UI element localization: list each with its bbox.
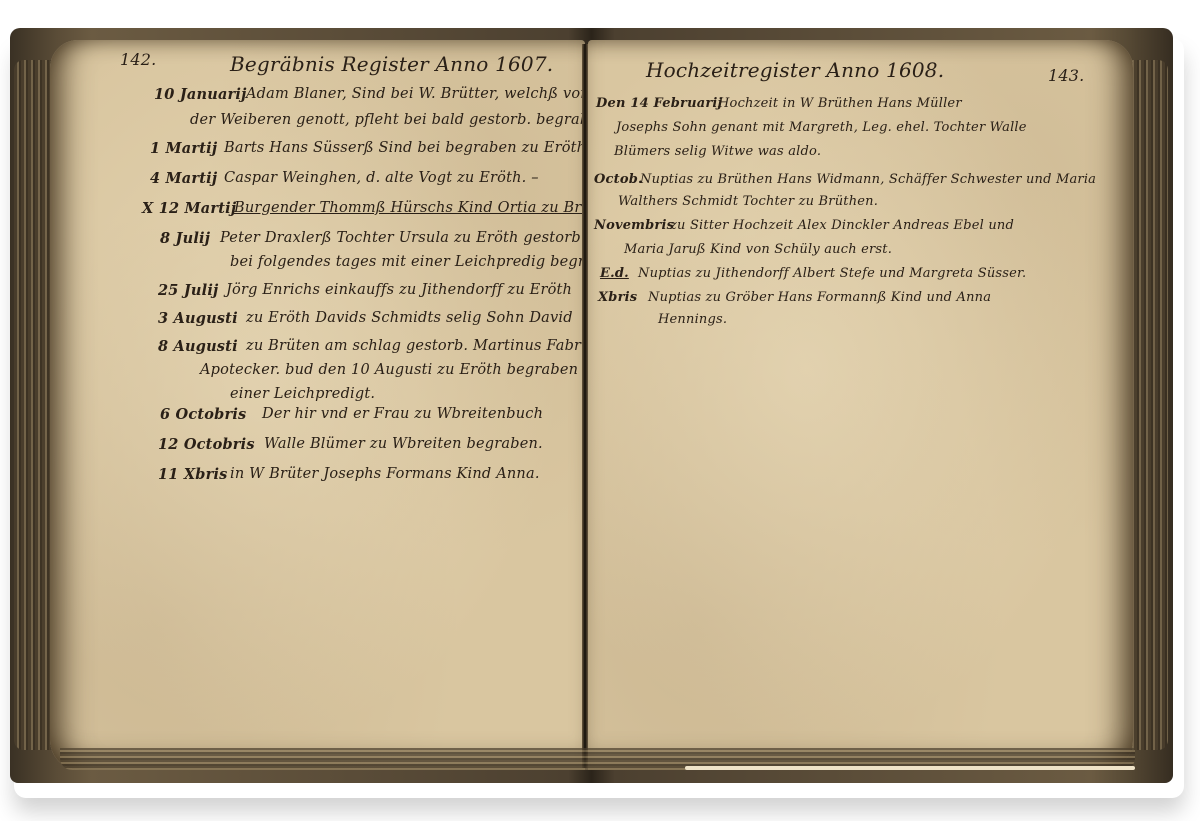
right-page-edges: [1130, 60, 1168, 750]
right-folio-number: 143.: [1048, 66, 1084, 85]
right-page-heading: Hochzeitregister Anno 1608.: [646, 58, 944, 82]
bookmark-ribbon: [685, 766, 1135, 770]
right-page: Hochzeitregister Anno 1608. 143. Den 14 …: [588, 40, 1133, 770]
left-page: 142. Begräbnis Register Anno 1607. 10 Ja…: [50, 40, 585, 770]
left-folio-number: 142.: [120, 50, 156, 69]
left-page-heading: Begräbnis Register Anno 1607.: [230, 52, 553, 76]
left-page-edges: [14, 60, 54, 750]
